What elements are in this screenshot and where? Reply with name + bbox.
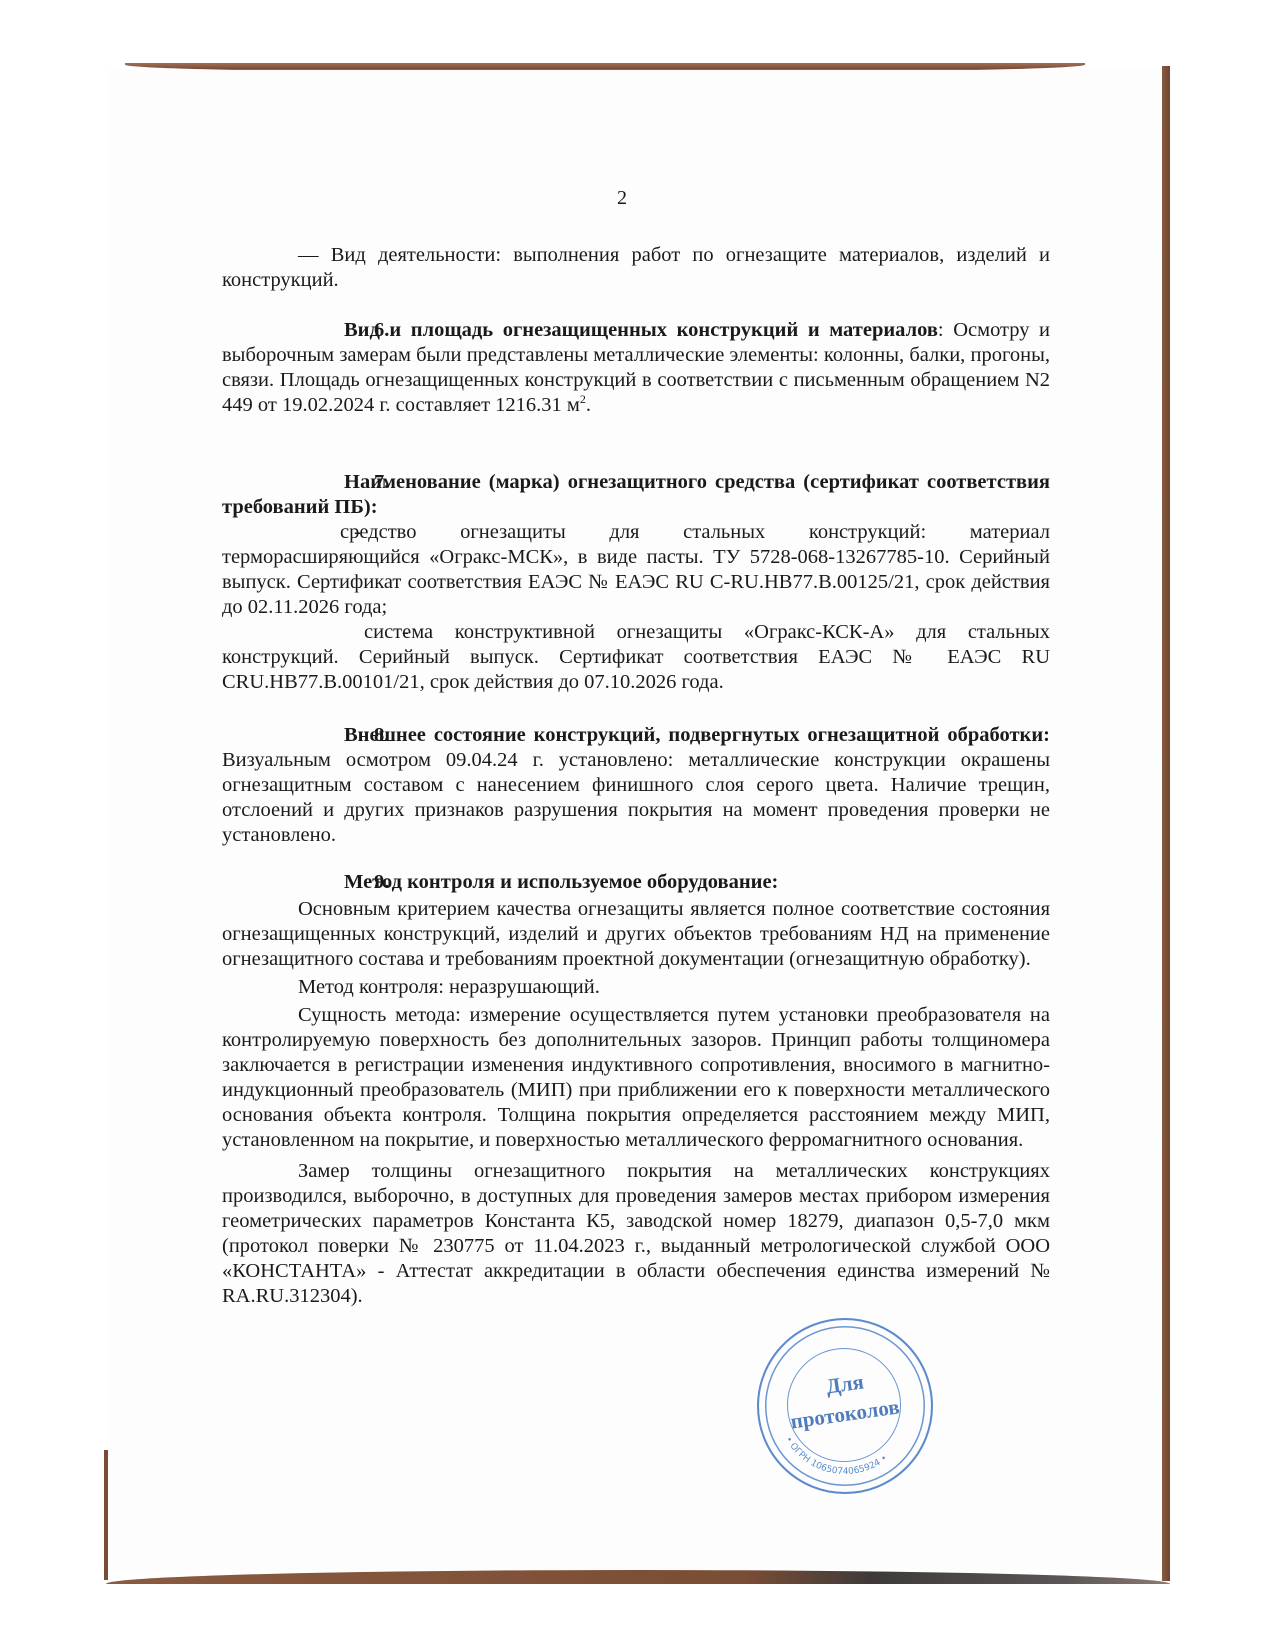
list-item-text: средство огнезащиты для стальных констру… <box>222 521 1050 618</box>
list-item: -система конструктивной огнезащиты «Огра… <box>222 620 1050 695</box>
intro-paragraph: — Вид деятельности: выполнения работ по … <box>222 243 1050 293</box>
dash-bullet: - <box>312 620 364 645</box>
section-7: 7.Наименование (марка) огнезащитного сре… <box>222 470 1050 695</box>
section-9: 9.Метод контроля и используемое оборудов… <box>222 870 1050 1309</box>
section-number: 8. <box>298 723 344 748</box>
paragraph: Основным критерием качества огнезащиты я… <box>222 897 1050 972</box>
section-number: 6. <box>298 318 344 343</box>
intro-text: — Вид деятельности: выполнения работ по … <box>222 243 1050 293</box>
section-heading: Метод контроля и используемое оборудован… <box>344 871 778 893</box>
dash-bullet: - <box>288 520 340 545</box>
heading-suffix: : <box>938 319 944 341</box>
table-edge-right <box>1162 66 1170 1581</box>
paragraph: Сущность метода: измерение осуществляетс… <box>222 1003 1050 1153</box>
section-body: Визуальным осмотром 09.04.24 г. установл… <box>222 749 1050 846</box>
section-heading: Вид и площадь огнезащищенных конструкций… <box>344 319 938 341</box>
section-8: 8.Внешнее состояние конструкций, подверг… <box>222 723 1050 848</box>
list-item: -средство огнезащиты для стальных констр… <box>222 520 1050 620</box>
section-number: 7. <box>298 470 344 495</box>
table-edge-bottom <box>106 1570 1170 1584</box>
svg-text:• ОГРН 1065074065924 •: • ОГРН 1065074065924 • <box>783 1435 890 1477</box>
stamp-ring-text: • ОГРН 1065074065924 • <box>783 1435 890 1477</box>
paragraph: Метод контроля: неразрушающий. <box>222 975 1050 1000</box>
round-stamp: • ОГРН 1065074065924 • Для протоколов <box>757 1318 933 1494</box>
page-number: 2 <box>617 187 627 210</box>
section-heading: Внешнее состояние конструкций, подвергну… <box>344 724 1050 746</box>
section-heading: Наименование (марка) огнезащитного средс… <box>222 471 1050 518</box>
paragraph: Замер толщины огнезащитного покрытия на … <box>222 1159 1050 1309</box>
section-6: 6.Вид и площадь огнезащищенных конструкц… <box>222 318 1050 418</box>
section-number: 9. <box>298 870 344 895</box>
